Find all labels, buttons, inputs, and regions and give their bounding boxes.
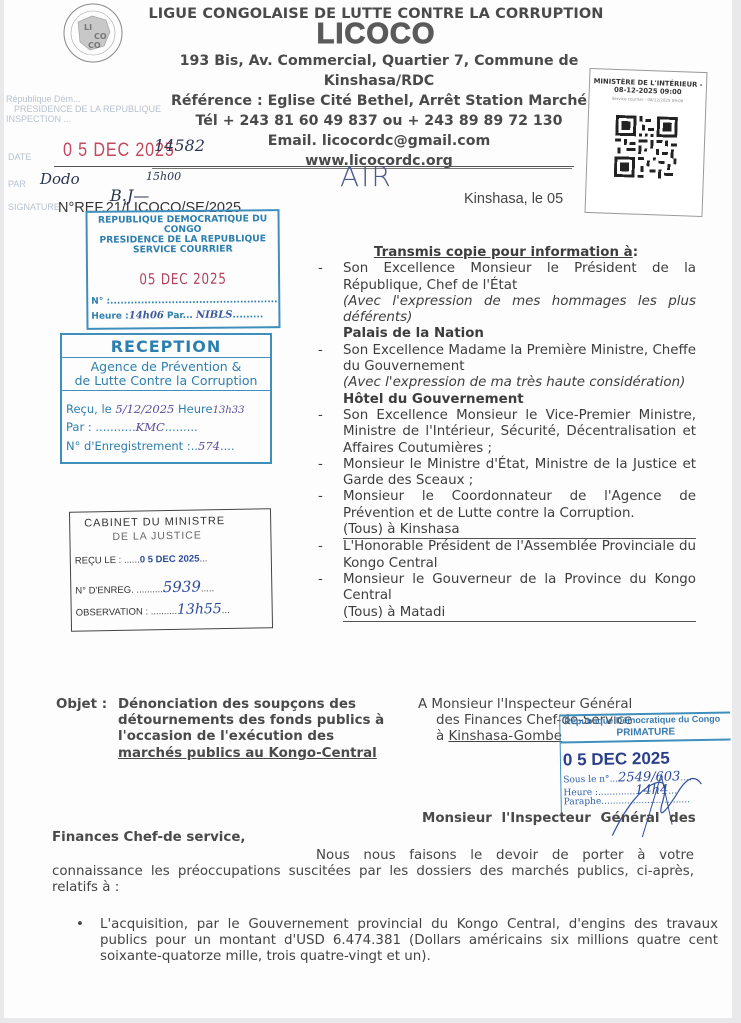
copy-recipient-text: Son Excellence Madame la Première Minist…	[343, 343, 696, 374]
justice-recu-label: REÇU LE :	[75, 555, 122, 567]
subject-text-underlined: marchés publics au Kongo-Central	[118, 746, 377, 761]
reception-heure-value: 13h33	[213, 405, 245, 416]
copy-recipient-location: (Tous) à Kinshasa	[343, 522, 696, 539]
primature-stamp-line-1: République Démocratique du Congo	[564, 714, 720, 727]
justice-recu-value: 0 5 DEC 2025	[140, 554, 200, 566]
dash-bullet-icon: -	[318, 261, 323, 277]
subject-label: Objet :	[56, 697, 107, 713]
phone-line: Tél + 243 81 60 49 837 ou + 243 89 89 72…	[154, 111, 604, 131]
letterhead-contact: 193 Bis, Av. Commercial, Quartier 7, Com…	[154, 51, 604, 171]
presidency-stamp-par-label: Par	[167, 311, 183, 321]
org-short-name: LICOCO	[146, 18, 606, 51]
faded-stamp-par-label: PAR	[8, 179, 26, 189]
faded-stamp-line-2: PRESIDENCE DE LA REPUBLIQUE	[14, 104, 161, 114]
copy-recipients-heading: Transmis copie pour information à:	[316, 245, 696, 261]
faded-stamp-line-1: République Dém...	[6, 94, 81, 104]
copy-recipient-text: Son Excellence Monsieur le Président de …	[343, 261, 696, 292]
copy-recipient-place: Hôtel du Gouvernement	[316, 392, 696, 408]
bullet-item: • L'acquisition, par le Gouvernement pro…	[76, 917, 718, 965]
presidency-stamp-line-3: SERVICE COURRIER	[88, 244, 278, 256]
qr-code-icon	[614, 115, 678, 179]
faded-stamp-line-3: INSPECTION ...	[6, 114, 71, 124]
address-line-2: Kinshasa/RDC	[154, 71, 604, 91]
presidency-stamp-no-label: N° :	[91, 297, 110, 307]
presidency-stamp-heure-value: 14h06	[129, 310, 164, 321]
copy-recipients-list: Transmis copie pour information à: -Son …	[316, 245, 696, 622]
email-line: Email. licocordc@gmail.com	[154, 131, 604, 151]
salutation-line-2: Finances Chef-de service,	[52, 830, 246, 845]
justice-enreg-label: N° D'ENREG.	[75, 585, 134, 597]
justice-obs-label: OBSERVATION :	[76, 606, 149, 618]
handwritten-par: Dodo	[40, 170, 80, 188]
body-paragraph: Nous nous faisons le devoir de porter à …	[52, 848, 694, 896]
handwritten-annotation: AIR	[340, 160, 393, 193]
copy-recipient-item: -Son Excellence Monsieur le Vice-Premier…	[316, 408, 696, 457]
reception-recu-label: Reçu, le	[66, 402, 112, 416]
place-date: Kinshasa, le 05	[464, 191, 563, 207]
signature-scribble	[601, 754, 713, 846]
bullet-item-text: L'acquisition, par le Gouvernement provi…	[100, 917, 718, 964]
faded-stamp-signature-label: SIGNATURE	[8, 202, 60, 212]
dash-bullet-icon: -	[318, 457, 323, 473]
copy-recipient-item: -Monsieur le Coordonnateur de l'Agence d…	[316, 489, 696, 522]
address-line-1: 193 Bis, Av. Commercial, Quartier 7, Com…	[154, 51, 604, 71]
copy-recipient-note: (Avec l'expression de ma très haute cons…	[316, 375, 696, 391]
dash-bullet-icon: -	[318, 539, 323, 555]
justice-stamp-line-1: CABINET DU MINISTRE	[84, 515, 225, 529]
copy-recipient-text: L'Honorable Président de l'Assemblée Pro…	[343, 539, 696, 570]
presidency-stamp-heure-label: Heure :	[91, 311, 128, 321]
copy-recipient-text: Monsieur le Gouverneur de la Province du…	[343, 572, 696, 603]
primature-stamp: République Démocratique du Congo PRIMATU…	[559, 712, 732, 814]
reception-par-value: KMC	[136, 420, 165, 434]
copy-recipient-note: (Avec l'expression de mes hommages les p…	[316, 294, 696, 327]
reception-heure-label: Heure	[178, 402, 213, 416]
reception-par-label: Par :	[66, 420, 92, 434]
reception-stamp-agency-1: Agence de Prévention &	[62, 360, 270, 374]
presidency-courier-stamp: REPUBLIQUE DEMOCRATIQUE DU CONGO PRESIDE…	[85, 209, 280, 330]
primature-paraphe-label: Paraphe	[564, 797, 602, 808]
copy-recipient-item: -Son Excellence Madame la Première Minis…	[316, 343, 696, 376]
bullet-icon: •	[76, 917, 84, 933]
justice-stamp-line-2: DE LA JUSTICE	[112, 529, 202, 543]
copy-recipient-item: -Monsieur le Ministre d'État, Ministre d…	[316, 457, 696, 490]
svg-text:LI: LI	[84, 23, 92, 32]
reception-stamp: RECEPTION Agence de Prévention & de Lutt…	[60, 333, 272, 464]
reception-stamp-agency-2: de Lutte Contre la Corruption	[62, 374, 270, 388]
reception-stamp-title: RECEPTION	[62, 335, 270, 358]
recipient-place: Kinshasa-Gombe	[448, 729, 562, 744]
interior-ministry-qr-stamp: MINISTÈRE DE L'INTÉRIEUR -08-12-2025 09:…	[585, 68, 708, 217]
dash-bullet-icon: -	[318, 408, 323, 424]
justice-cabinet-stamp: CABINET DU MINISTRE DE LA JUSTICE REÇU L…	[69, 508, 273, 632]
dash-bullet-icon: -	[318, 489, 323, 505]
copy-recipient-item: -L'Honorable Président de l'Assemblée Pr…	[316, 539, 696, 572]
primature-stamp-line-2: PRIMATURE	[616, 726, 675, 738]
copy-recipient-text: Monsieur le Coordonnateur de l'Agence de…	[343, 489, 696, 520]
copy-recipient-place: Palais de la Nation	[316, 326, 696, 342]
copy-recipient-location: (Tous) à Matadi	[343, 605, 696, 622]
justice-enreg-value: 5939	[163, 577, 201, 596]
reference-line: Référence : Eglise Cité Bethel, Arrêt St…	[154, 91, 604, 111]
copy-recipient-text: Son Excellence Monsieur le Vice-Premier …	[343, 408, 696, 456]
dash-bullet-icon: -	[318, 572, 323, 588]
copy-recipient-text: Monsieur le Ministre d'État, Ministre de…	[343, 457, 696, 488]
reception-enreg-value: 574	[198, 439, 220, 453]
licoco-logo: LI CO CO	[54, 2, 132, 64]
dash-bullet-icon: -	[318, 343, 323, 359]
svg-text:CO: CO	[88, 41, 101, 50]
faded-stamp-date-label: DATE	[8, 152, 31, 162]
recipient-line-1: A Monsieur l'Inspecteur Général	[418, 697, 718, 713]
handwritten-number: 14582	[154, 136, 205, 155]
reception-recu-value: 5/12/2025	[115, 402, 174, 416]
svg-text:CO: CO	[94, 32, 107, 41]
document-page: LI CO CO LIGUE CONGOLAISE DE LUTTE CONTR…	[4, 0, 732, 1018]
presidency-stamp-par-value: NIBLS	[196, 310, 233, 321]
salutation-line-1: Monsieur l'Inspecteur Général des	[422, 811, 696, 826]
justice-obs-value: 13h55	[177, 601, 222, 618]
presidency-stamp-date: 05 DEC 2025	[107, 269, 259, 288]
copy-recipient-item: -Monsieur le Gouverneur de la Province d…	[316, 572, 696, 605]
subject-text: Dénonciation des soupçons des détourneme…	[118, 697, 384, 744]
reception-enreg-label: N° d'Enregistrement :	[66, 439, 191, 453]
handwritten-time: 15h00	[146, 170, 181, 183]
copy-recipient-item: -Son Excellence Monsieur le Président de…	[316, 261, 696, 294]
